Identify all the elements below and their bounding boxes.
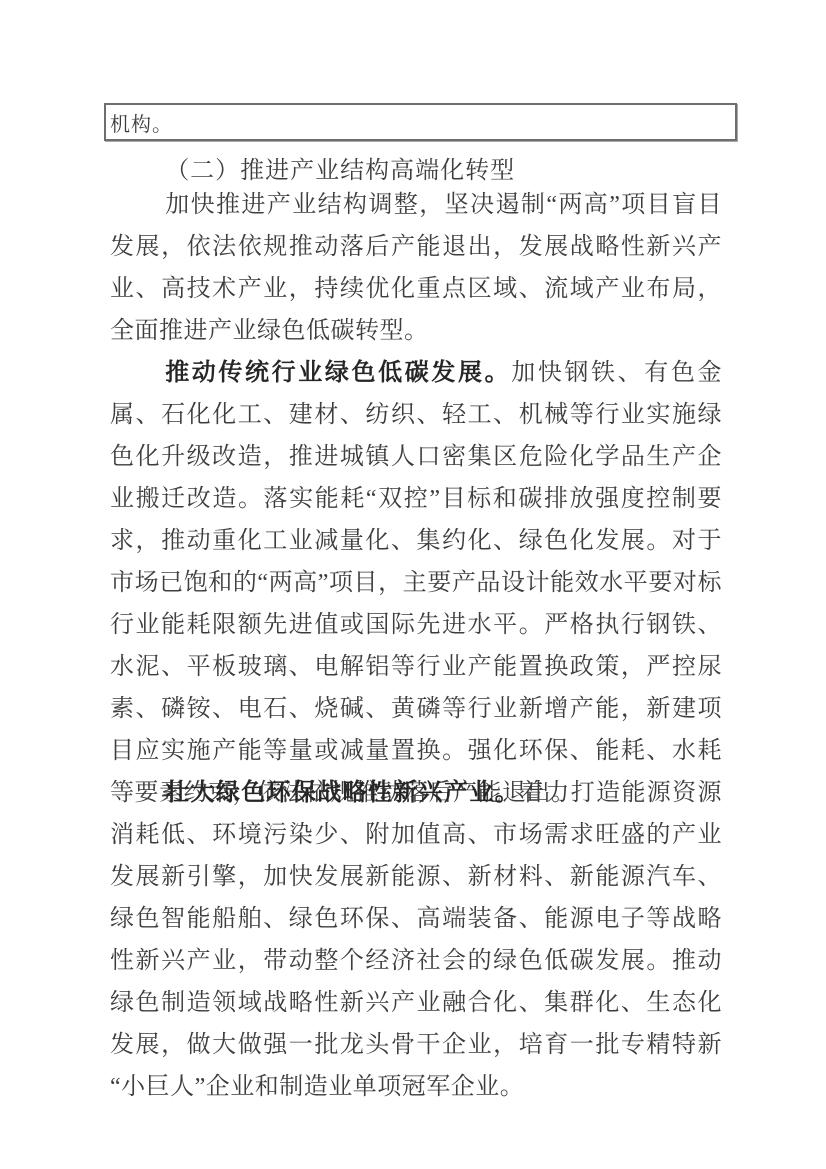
text-box-content: 机构。 [106,113,173,139]
text-box: 机构。 [104,103,737,141]
paragraph-text: 着力打造能源资源消耗低、环境污染少、附加值高、市场需求旺盛的产业发展新引擎，加快… [110,780,722,1100]
document-page: 机构。 （二）推进产业结构高端化转型 加快推进产业结构调整，坚决遏制“两高”项目… [0,0,826,1169]
paragraph-text: 加快钢铁、有色金属、石化化工、建材、纺织、轻工、机械等行业实施绿色化升级改造，推… [110,360,722,806]
paragraph: 加快推进产业结构调整，坚决遏制“两高”项目盲目发展，依法依规推动落后产能退出，发… [110,184,722,352]
paragraph-text: 加快推进产业结构调整，坚决遏制“两高”项目盲目发展，依法依规推动落后产能退出，发… [110,192,722,344]
paragraph-lead: 壮大绿色环保战略性新兴产业。 [165,780,520,806]
page-number: 7 [0,1078,826,1095]
paragraph: 推动传统行业绿色低碳发展。加快钢铁、有色金属、石化化工、建材、纺织、轻工、机械等… [110,352,722,814]
paragraph-lead: 推动传统行业绿色低碳发展。 [165,360,511,386]
paragraph: 壮大绿色环保战略性新兴产业。着力打造能源资源消耗低、环境污染少、附加值高、市场需… [110,772,722,1108]
